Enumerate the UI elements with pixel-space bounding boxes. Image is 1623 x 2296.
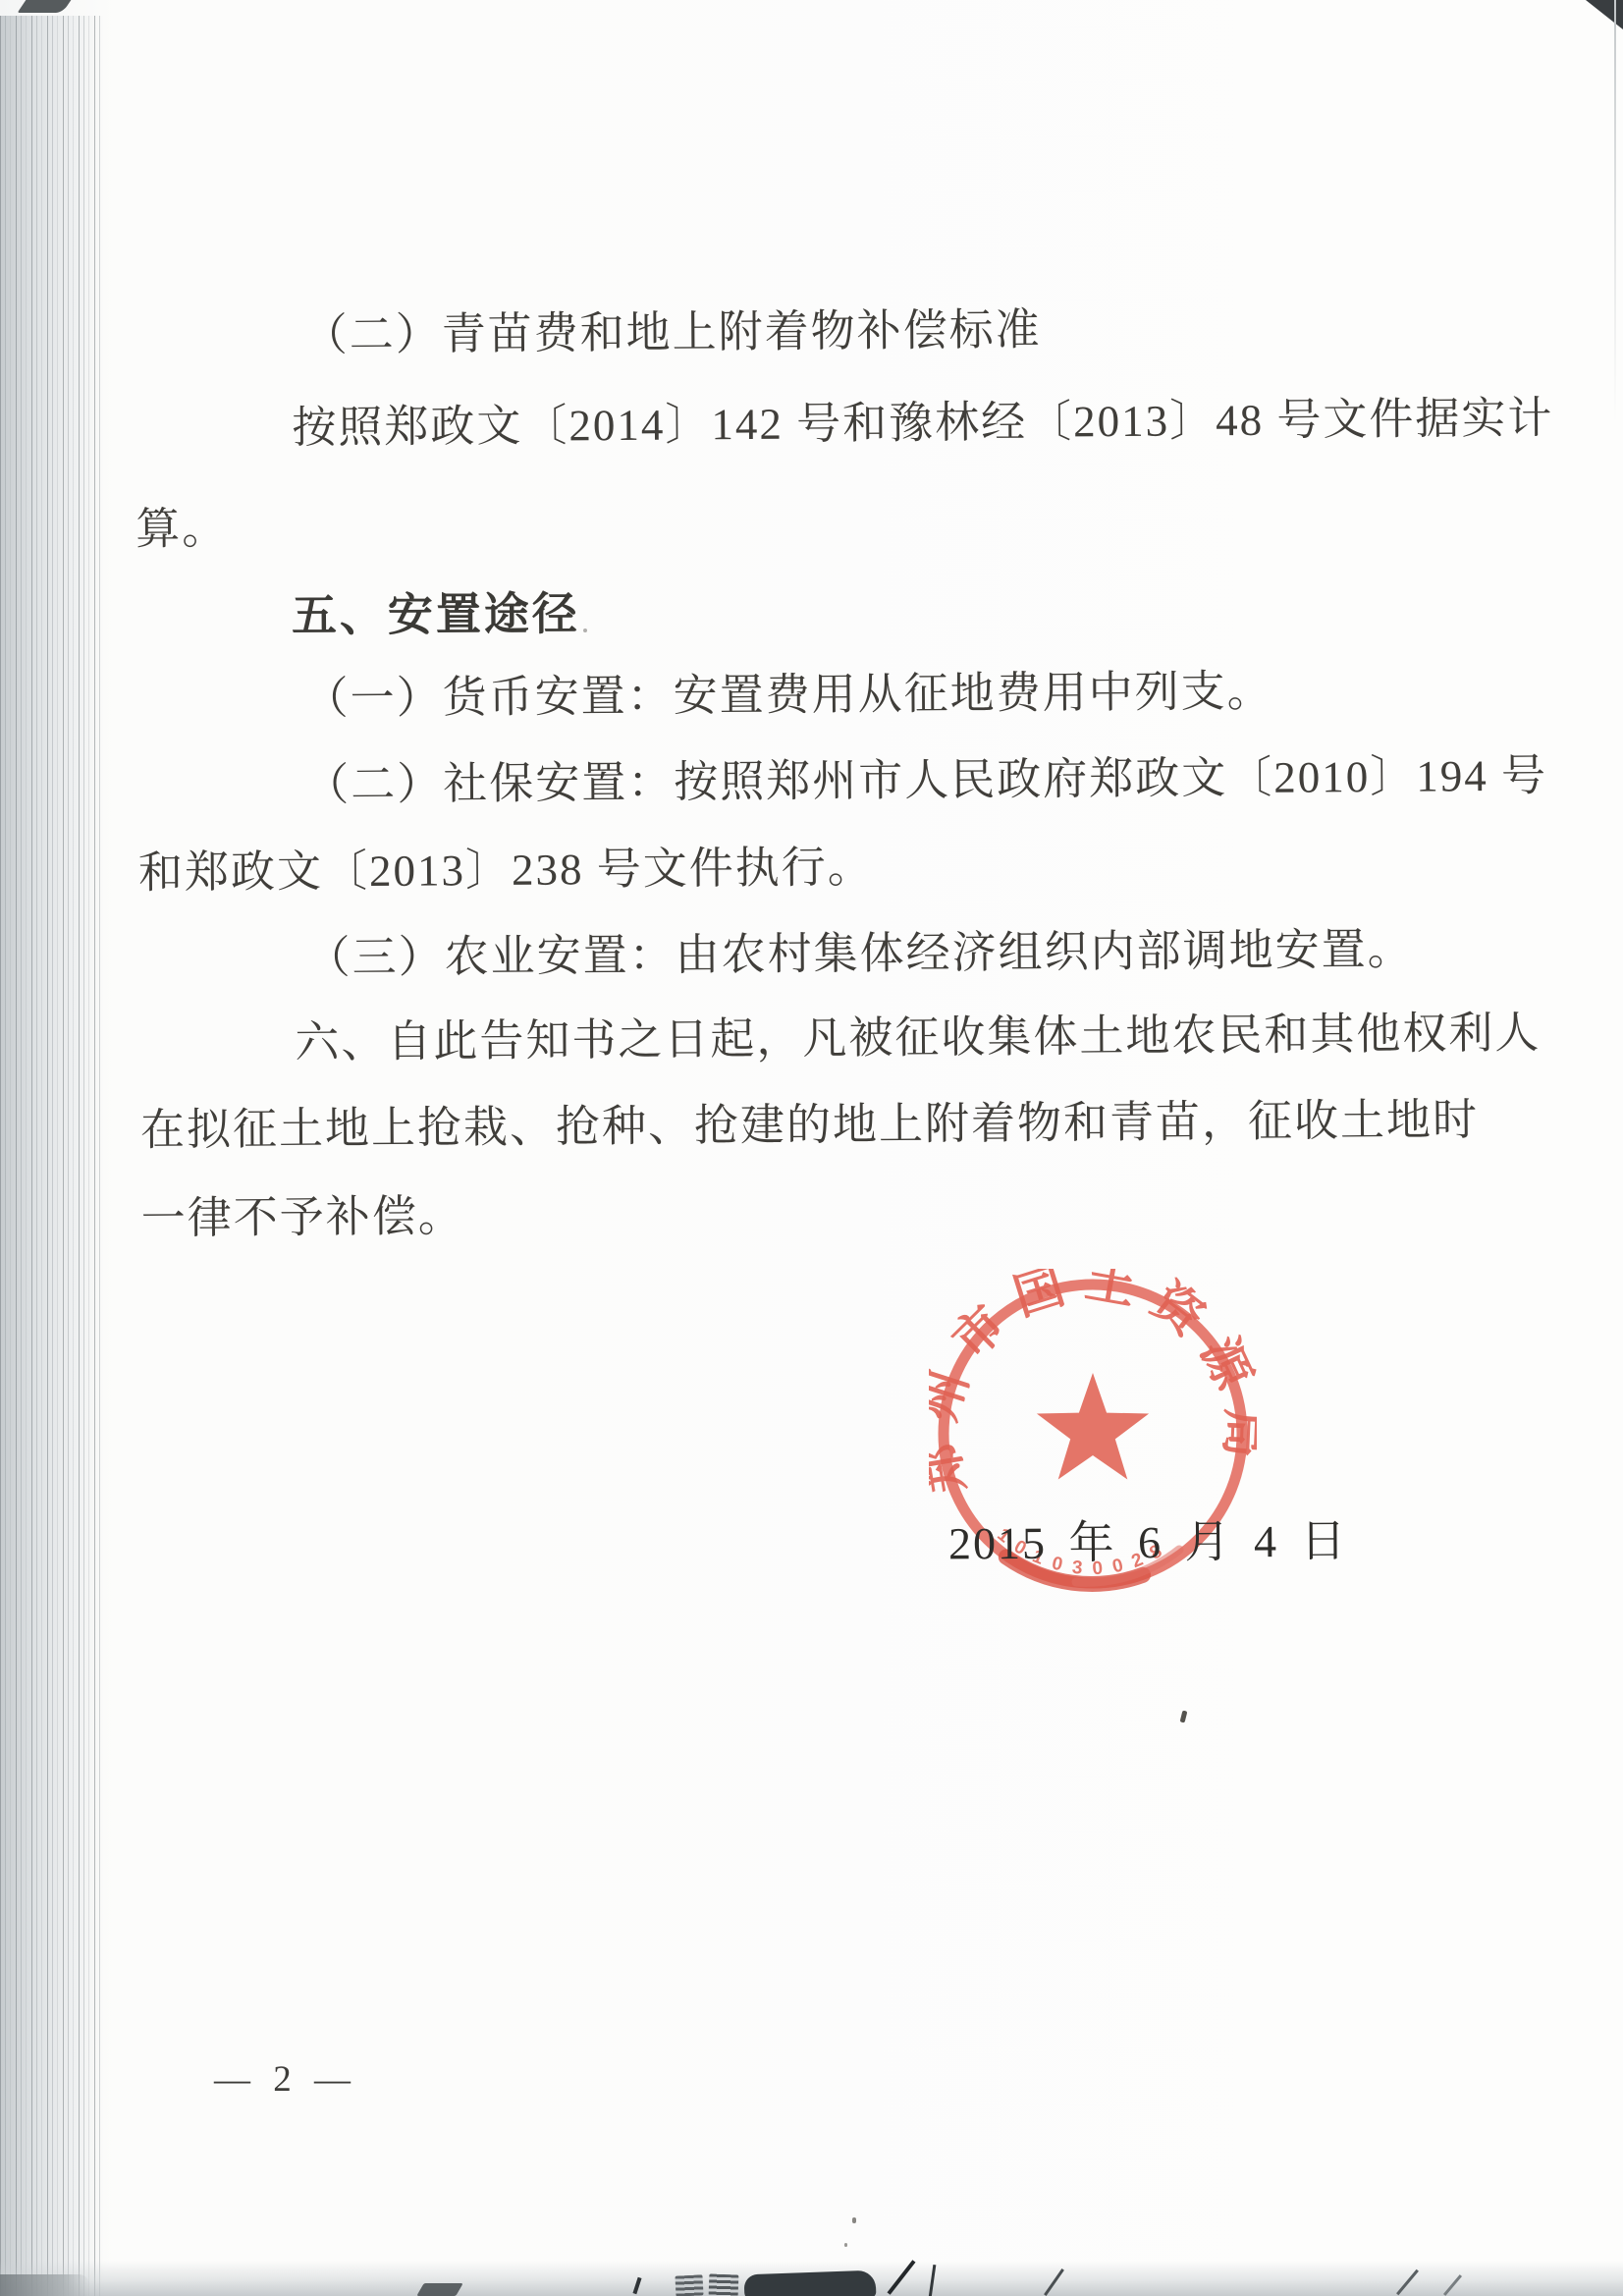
smudge-wedge — [416, 2283, 463, 2296]
para-calculation-line2: 算。 — [135, 507, 228, 552]
para-section-six-line1: 六、自此告知书之日起，凡被征收集体土地农民和其他权利人 — [295, 1011, 1541, 1066]
cutoff-glyph-smudge-2 — [709, 2273, 739, 2296]
ink-speck — [844, 2243, 847, 2247]
ink-speck — [852, 2217, 856, 2223]
smudge-slash-2 — [929, 2265, 937, 2296]
scan-bottom-artifacts — [0, 2261, 1623, 2296]
scanned-document-page: （二）青苗费和地上附着物补偿标准 按照郑政文〔2014〕142 号和豫林经〔20… — [0, 0, 1623, 2296]
subheading-greencrop-compensation: （二）青苗费和地上附着物补偿标准 — [303, 308, 1042, 358]
para-calculation-line1: 按照郑政文〔2014〕142 号和豫林经〔2013〕48 号文件据实计 — [292, 397, 1553, 451]
ink-speck — [583, 629, 587, 632]
issue-date: 2015 年 6 月 4 日 — [948, 1505, 1348, 1573]
item-social-insurance-line1: （二）社保安置：按照郑州市人民政府郑政文〔2010〕194 号 — [304, 754, 1547, 808]
page-number: — 2 — — [214, 2058, 357, 2101]
smudge-blob-main — [744, 2270, 877, 2296]
smudge-slash-1 — [887, 2260, 915, 2295]
smudge-slash-4 — [1396, 2269, 1419, 2295]
smudge-tick — [632, 2277, 641, 2294]
cutoff-glyph-smudge-1 — [675, 2274, 703, 2296]
para-section-six-line3: 一律不予补偿。 — [141, 1194, 464, 1241]
smudge-slash-3 — [1044, 2269, 1064, 2296]
item-social-insurance-line2: 和郑政文〔2013〕238 号文件执行。 — [138, 846, 874, 896]
smudge-slash-5 — [1443, 2274, 1462, 2296]
heading-section-five-resettlement: 五、安置途径 — [292, 590, 580, 637]
item-agricultural-resettlement: （三）农业安置：由农村集体经济组织内部调地安置。 — [306, 928, 1414, 981]
para-section-six-line2: 在拟征土地上抢栽、抢种、抢建的地上附着物和青苗，征收土地时 — [140, 1098, 1479, 1153]
smudge-blob-left — [0, 2274, 90, 2296]
document-text: （二）青苗费和地上附着物补偿标准 按照郑政文〔2014〕142 号和豫林经〔20… — [0, 0, 1623, 2296]
seal-star-icon — [1037, 1373, 1149, 1480]
item-monetary-resettlement: （一）货币安置：安置费用从征地费用中列支。 — [303, 670, 1272, 722]
